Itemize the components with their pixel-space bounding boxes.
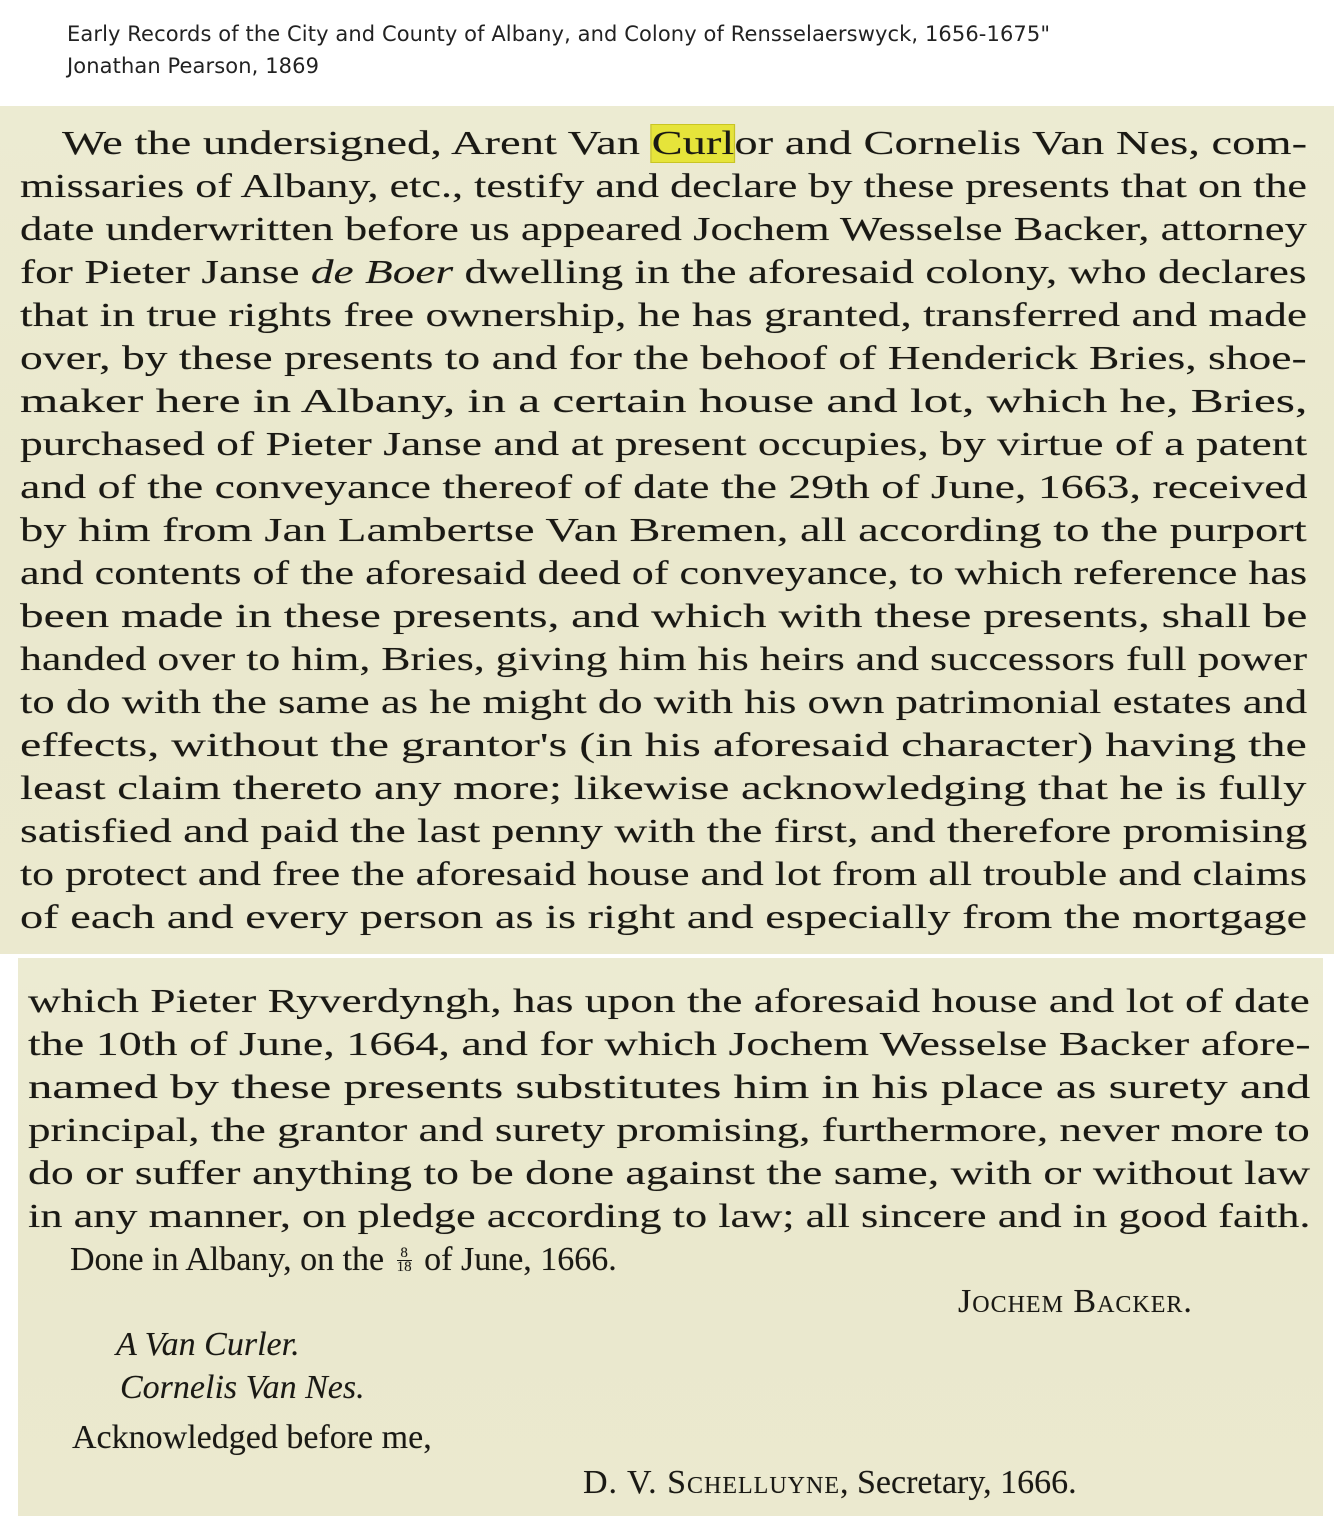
text-line: principal, the grantor and surety promis… [28, 1109, 1310, 1152]
text-line: by him from Jan Lambertse Van Bremen, al… [20, 509, 1307, 552]
text-line: the 10th of June, 1664, and for which Jo… [28, 1023, 1311, 1066]
text-line: which Pieter Ryverdyngh, has upon the af… [28, 980, 1310, 1023]
source-title: Early Records of the City and County of … [67, 18, 1050, 50]
text-line: We the undersigned, Arent Van Curlor and… [62, 122, 1307, 165]
source-author: Jonathan Pearson, 1869 [67, 50, 1050, 82]
acknowledged-text: Acknowledged before me, [72, 1416, 432, 1459]
text-line: maker here in Albany, in a certain house… [20, 380, 1307, 423]
secretary-title: , Secretary, 1666. [840, 1464, 1077, 1501]
signature-jochem-backer: Jochem Backer. [958, 1280, 1193, 1323]
text-line: in any manner, on pledge according to la… [28, 1195, 1311, 1238]
text-line: over, by these presents to and for the b… [20, 337, 1307, 380]
signature-van-nes: Cornelis Van Nes. [120, 1366, 365, 1409]
done-text: of June, 1666. [424, 1241, 617, 1278]
italic-name: de Boer [311, 254, 453, 291]
text-line: been made in these presents, and which w… [20, 595, 1307, 638]
text-line: to do with the same as he might do with … [20, 681, 1307, 724]
fraction-denominator: 18 [397, 1261, 412, 1274]
done-text: Done in Albany, on the [70, 1241, 384, 1278]
done-line: Done in Albany, on the 8 18 of June, 166… [70, 1238, 617, 1281]
secretary-name: D. V. Schelluyne [583, 1464, 840, 1501]
scanned-page-top: We the undersigned, Arent Van Curlor and… [0, 106, 1334, 954]
text-line: and of the conveyance thereof of date th… [20, 466, 1308, 509]
text-line: that in true rights free ownership, he h… [20, 294, 1307, 337]
text-line: to protect and free the aforesaid house … [20, 853, 1307, 896]
line-text: or and Cornelis Van Nes, com- [734, 125, 1307, 162]
secretary-line: D. V. Schelluyne, Secretary, 1666. [583, 1461, 1077, 1504]
search-highlight: Curl [652, 125, 735, 162]
text-line: of each and every person as is right and… [20, 896, 1307, 939]
text-line: missaries of Albany, etc., testify and d… [20, 165, 1307, 208]
line-text: dwelling in the aforesaid colony, who de… [453, 254, 1306, 291]
line-text: for Pieter Janse [20, 254, 311, 291]
text-line: effects, without the grantor's (in his a… [20, 724, 1307, 767]
text-line: do or suffer anything to be done against… [28, 1152, 1310, 1195]
line-text: We the undersigned, Arent Van [62, 125, 652, 162]
text-line: handed over to him, Bries, giving him hi… [20, 638, 1307, 681]
signature-van-curler: A Van Curler. [116, 1323, 300, 1366]
text-line: least claim thereto any more; likewise a… [20, 767, 1306, 810]
scanned-page-bottom: which Pieter Ryverdyngh, has upon the af… [18, 958, 1323, 1516]
source-caption: Early Records of the City and County of … [67, 18, 1050, 82]
text-line: named by these presents substitutes him … [28, 1066, 1310, 1109]
text-line: date underwritten before us appeared Joc… [20, 208, 1307, 251]
text-line: purchased of Pieter Janse and at present… [20, 423, 1307, 466]
text-line: and contents of the aforesaid deed of co… [20, 552, 1307, 595]
text-line: satisfied and paid the last penny with t… [20, 810, 1307, 853]
text-line: for Pieter Janse de Boer dwelling in the… [20, 251, 1306, 294]
date-fraction: 8 18 [397, 1247, 412, 1274]
